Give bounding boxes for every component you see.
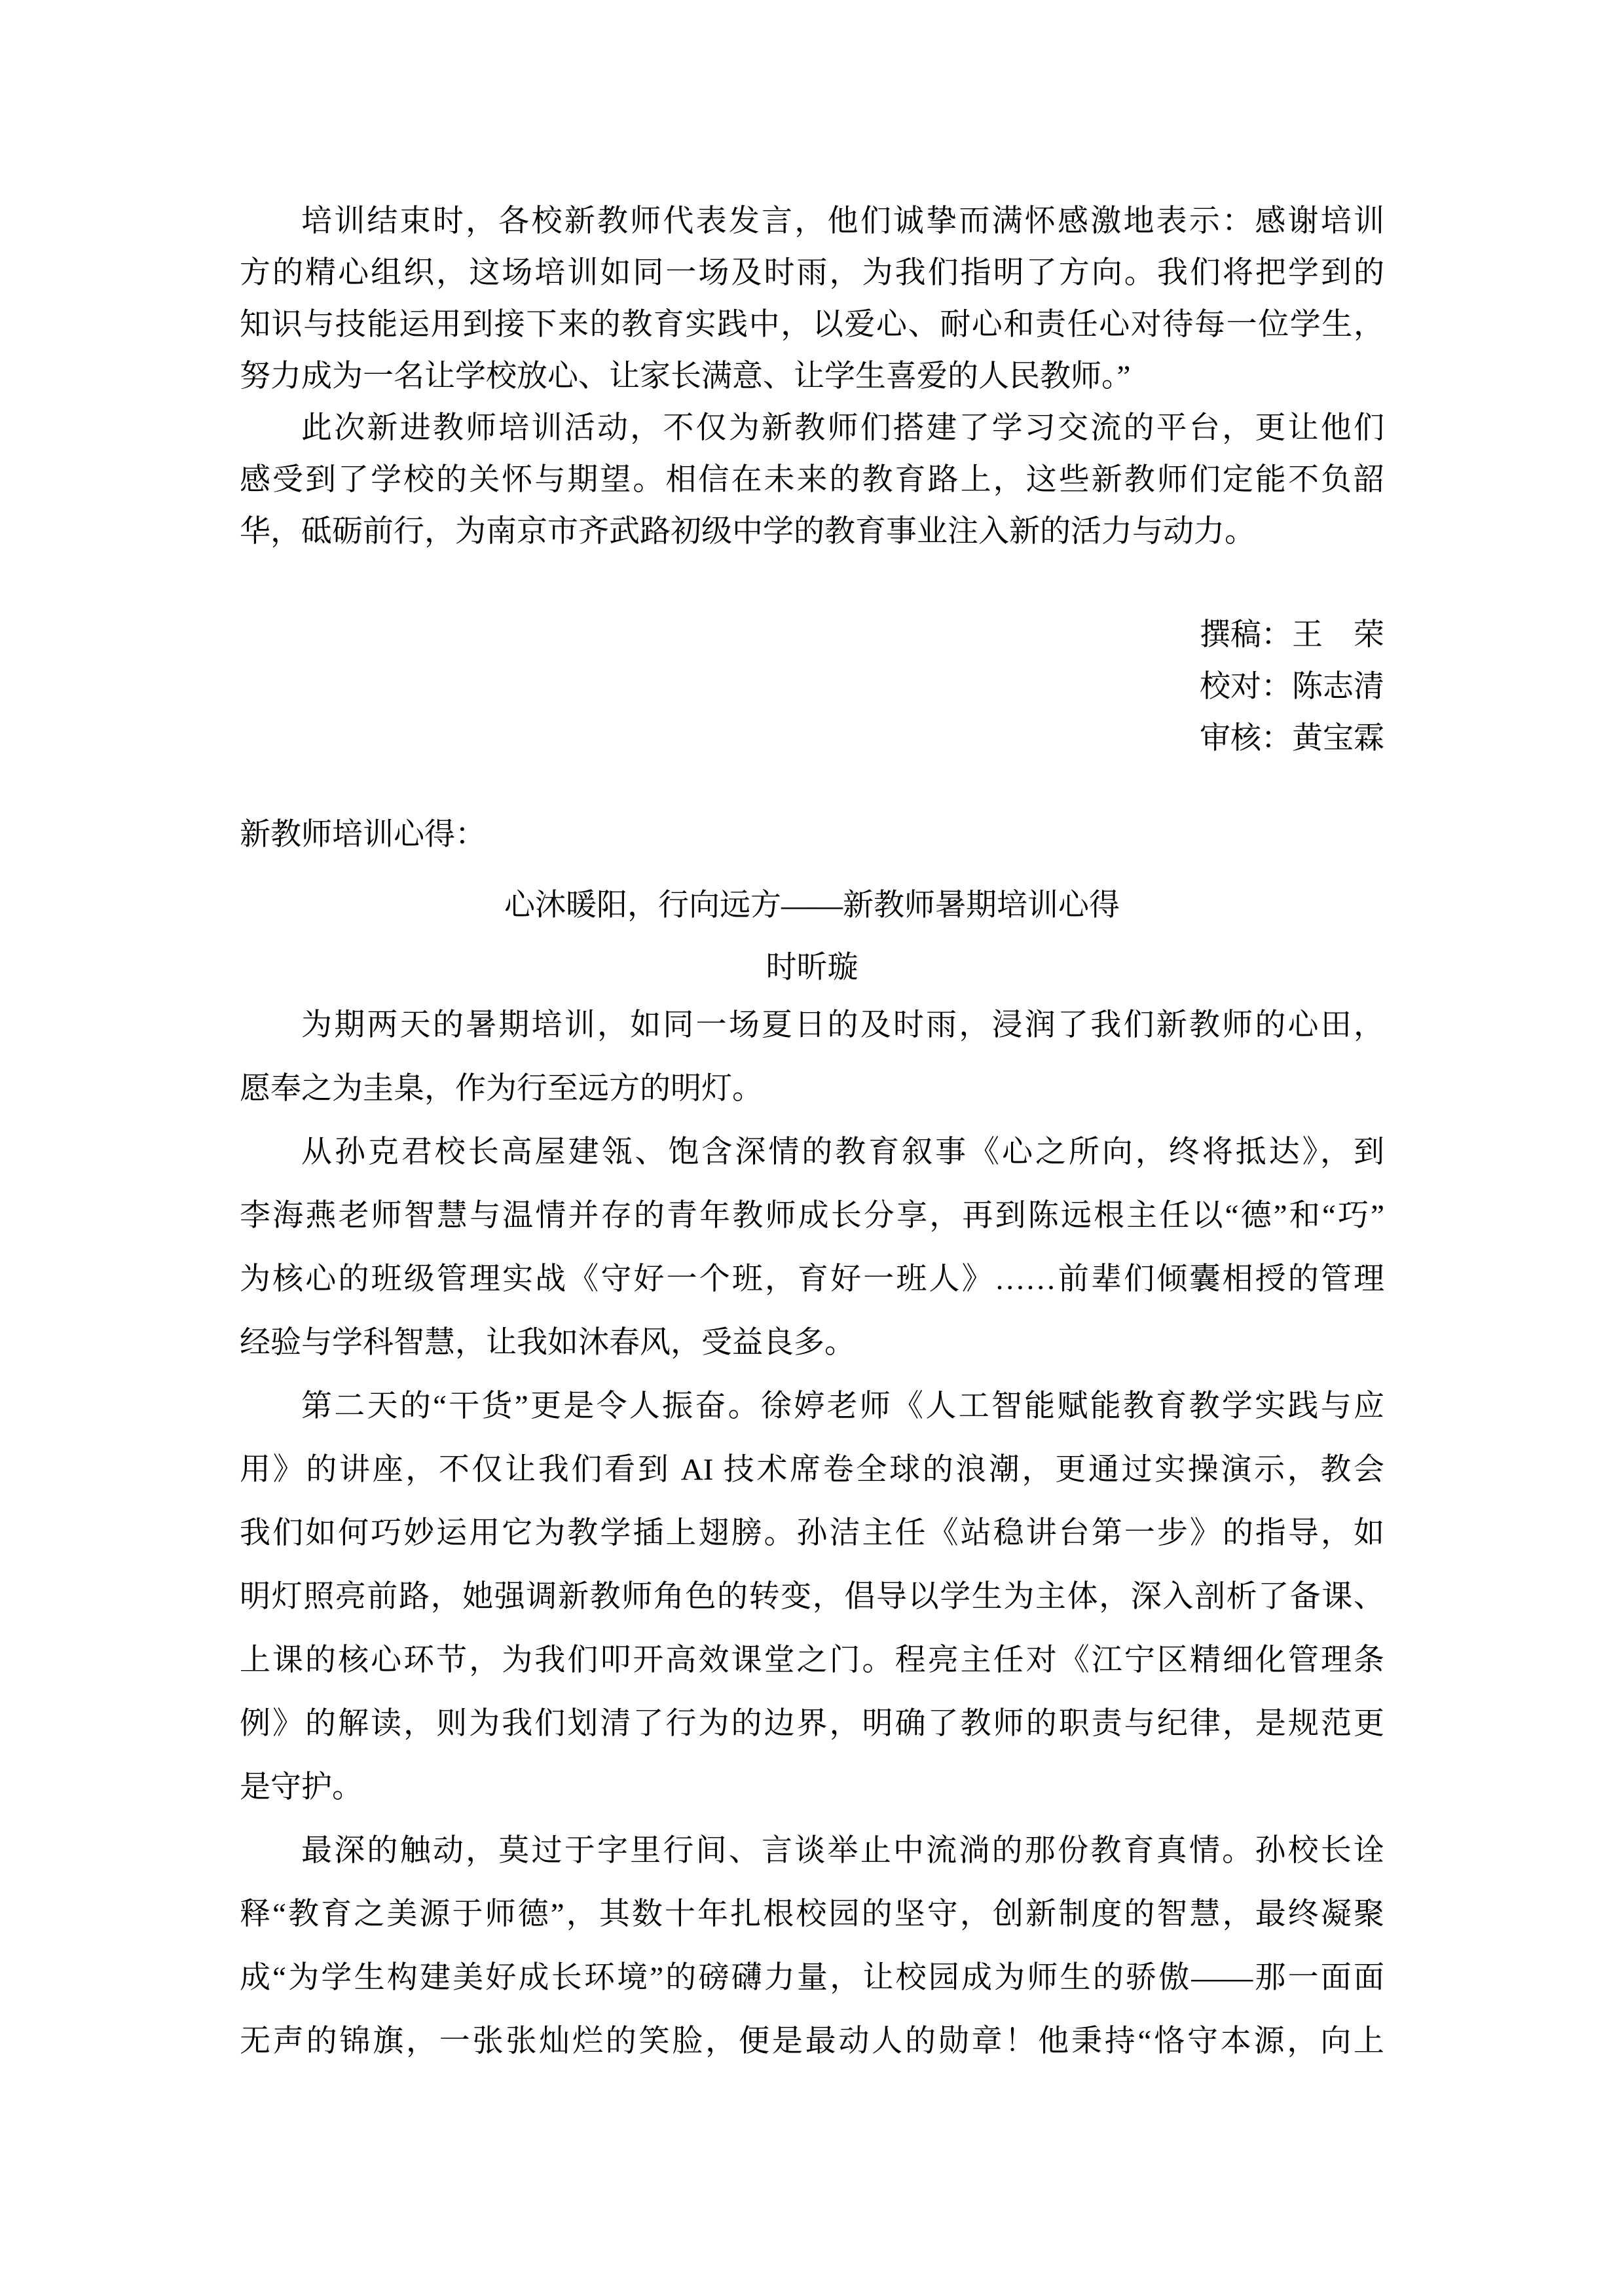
text-line: 华，砥砺前行，为南京市齐武路初级中学的教育事业注入新的活力与动力。 (240, 506, 1384, 558)
essay-author: 时昕璇 (240, 942, 1384, 994)
text-line: 愿奉之为圭臬，作为行至远方的明灯。 (240, 1057, 1384, 1121)
text-line: 无声的锦旗，一张张灿烂的笑脸，便是最动人的勋章！他秉持“恪守本源，向上 (240, 2010, 1384, 2073)
text-line: 最深的触动，莫过于字里行间、言谈举止中流淌的那份教育真情。孙校长诠 (240, 1819, 1384, 1883)
text-line: 方的精心组织，这场培训如同一场及时雨，为我们指明了方向。我们将把学到的 (240, 247, 1384, 299)
credit-writer: 撰稿：王 荣 (240, 610, 1384, 661)
essay-title: 心沐暖阳，行向远方——新教师暑期培训心得 (240, 880, 1384, 932)
text-line: 上课的核心环节，为我们叩开高效课堂之门。程亮主任对《江宁区精细化管理条 (240, 1629, 1384, 1692)
document-page: 培训结束时，各校新教师代表发言，他们诚挚而满怀感激地表示：感谢培训 方的精心组织… (0, 0, 1624, 2296)
text-line: 第二天的“干货”更是令人振奋。徐婷老师《人工智能赋能教育教学实践与应 (240, 1375, 1384, 1438)
text-line: 释“教育之美源于师德”，其数十年扎根校园的坚守，创新制度的智慧，最终凝聚 (240, 1883, 1384, 1946)
text-line: 努力成为一名让学校放心、让家长满意、让学生喜爱的人民教师。” (240, 351, 1384, 403)
text-line: 我们如何巧妙运用它为教学插上翅膀。孙洁主任《站稳讲台第一步》的指导，如 (240, 1502, 1384, 1565)
text-line: 感受到了学校的关怀与期望。相信在未来的教育路上，这些新教师们定能不负韶 (240, 454, 1384, 506)
text-line: 培训结束时，各校新教师代表发言，他们诚挚而满怀感激地表示：感谢培训 (240, 196, 1384, 247)
text-line: 是守护。 (240, 1756, 1384, 1819)
credit-proofreader: 校对：陈志清 (240, 661, 1384, 713)
report-body: 培训结束时，各校新教师代表发言，他们诚挚而满怀感激地表示：感谢培训 方的精心组织… (240, 196, 1384, 558)
essay-author-block: 时昕璇 (240, 942, 1384, 994)
section-label: 新教师培训心得： (240, 809, 1384, 861)
text-line: 用》的讲座，不仅让我们看到 AI 技术席卷全球的浪潮，更通过实操演示，教会 (240, 1438, 1384, 1502)
credit-reviewer: 审核：黄宝霖 (240, 713, 1384, 765)
text-line: 李海燕老师智慧与温情并存的青年教师成长分享，再到陈远根主任以“德”和“巧” (240, 1184, 1384, 1248)
text-line: 为核心的班级管理实战《守好一个班，育好一班人》……前辈们倾囊相授的管理 (240, 1248, 1384, 1311)
credits-block: 撰稿：王 荣 校对：陈志清 审核：黄宝霖 (240, 610, 1384, 765)
text-line: 此次新进教师培训活动，不仅为新教师们搭建了学习交流的平台，更让他们 (240, 403, 1384, 454)
essay-body: 为期两天的暑期培训，如同一场夏日的及时雨，浸润了我们新教师的心田， 愿奉之为圭臬… (240, 994, 1384, 2073)
text-line: 为期两天的暑期培训，如同一场夏日的及时雨，浸润了我们新教师的心田， (240, 994, 1384, 1057)
text-line: 经验与学科智慧，让我如沐春风，受益良多。 (240, 1311, 1384, 1375)
text-line: 成“为学生构建美好成长环境”的磅礴力量，让校园成为师生的骄傲——那一面面 (240, 1946, 1384, 2010)
text-line: 例》的解读，则为我们划清了行为的边界，明确了教师的职责与纪律，是规范更 (240, 1692, 1384, 1756)
essay-title-block: 心沐暖阳，行向远方——新教师暑期培训心得 (240, 880, 1384, 932)
section-label-block: 新教师培训心得： (240, 809, 1384, 861)
text-line: 知识与技能运用到接下来的教育实践中，以爱心、耐心和责任心对待每一位学生， (240, 299, 1384, 351)
text-line: 从孙克君校长高屋建瓴、饱含深情的教育叙事《心之所向，终将抵达》，到 (240, 1121, 1384, 1184)
text-line: 明灯照亮前路，她强调新教师角色的转变，倡导以学生为主体，深入剖析了备课、 (240, 1565, 1384, 1629)
